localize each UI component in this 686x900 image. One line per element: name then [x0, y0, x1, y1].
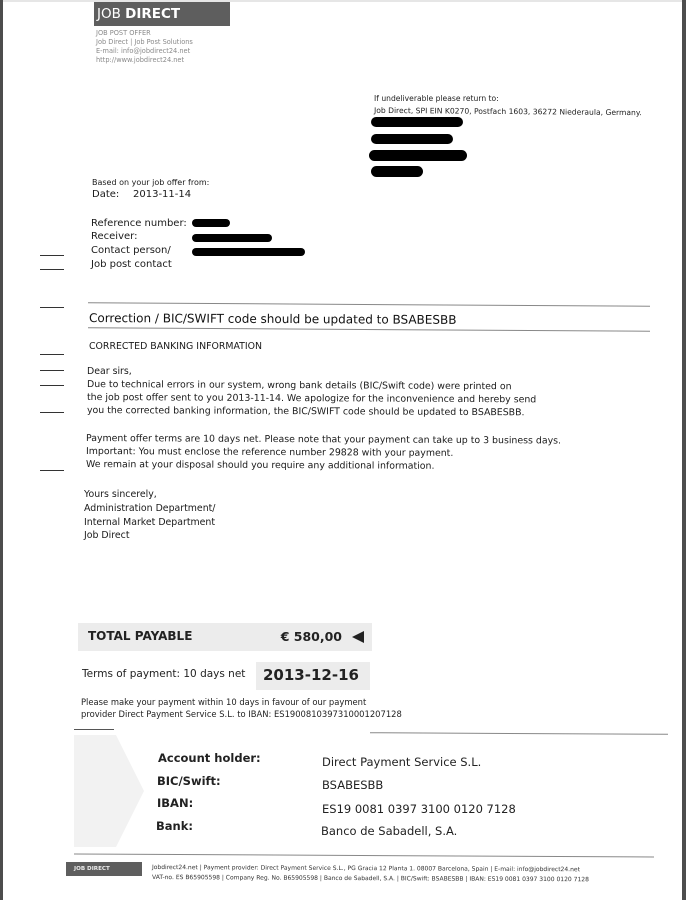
- total-payable-label: TOTAL PAYABLE: [88, 629, 192, 643]
- bank-value: Banco de Sabadell, S.A.: [321, 824, 457, 838]
- account-holder-label: Account holder:: [158, 751, 261, 765]
- margin-mark: [40, 470, 64, 471]
- bank-label: Bank:: [156, 819, 193, 833]
- redacted-block: [371, 117, 463, 127]
- redacted-reference: [192, 219, 230, 227]
- redacted-contact: [192, 248, 305, 256]
- payment-note-line: provider Direct Payment Service S.L. to …: [81, 709, 402, 719]
- margin-mark: [40, 370, 64, 371]
- total-payable-box: TOTAL PAYABLE € 580,00: [78, 623, 372, 651]
- chevron-decoration: [74, 735, 144, 847]
- based-on-label: Based on your job offer from:: [92, 178, 209, 187]
- date-label: Date:: [92, 189, 119, 200]
- body-line: Important: You must enclose the referenc…: [86, 446, 453, 459]
- footer-line-1: Jobdirect24.net | Payment provider: Dire…: [152, 864, 580, 873]
- subject-bottom-rule: [88, 327, 650, 331]
- header-email: E-mail: info@jobdirect24.net: [96, 47, 190, 55]
- margin-mark: [40, 354, 64, 355]
- reference-label: Reference number:: [91, 218, 187, 229]
- margin-mark: [40, 255, 64, 256]
- margin-mark: [40, 412, 64, 413]
- scan-right-edge: [682, 0, 686, 900]
- redacted-receiver: [192, 234, 272, 242]
- subject-top-rule: [88, 302, 650, 306]
- body-line: Due to technical errors in our system, w…: [87, 379, 512, 392]
- margin-mark: [40, 385, 64, 386]
- due-date-box: 2013-12-16: [256, 662, 370, 690]
- closing-line: Job Direct: [84, 530, 130, 541]
- body-line: the job post offer sent to you 2013-11-1…: [87, 392, 536, 405]
- offer-date: 2013-11-14: [133, 189, 191, 200]
- footer-line-2: VAT-no. ES B65905598 | Company Reg. No. …: [152, 874, 589, 883]
- return-address: Job Direct, SPI EIN K0270, Postfach 1603…: [374, 106, 642, 117]
- due-date: 2013-12-16: [263, 666, 359, 684]
- redacted-block: [369, 150, 467, 161]
- company-logo: JOB DIRECT: [94, 2, 230, 26]
- body-line: We remain at your disposal should you re…: [86, 459, 435, 472]
- terms-of-payment: Terms of payment: 10 days net: [82, 668, 245, 680]
- return-label: If undeliverable please return to:: [374, 94, 499, 103]
- total-payable-amount: € 580,00: [281, 629, 342, 644]
- subject-line: Correction / BIC/SWIFT code should be up…: [89, 311, 457, 327]
- section-heading: CORRECTED BANKING INFORMATION: [89, 341, 262, 352]
- left-arrow-icon: [352, 631, 364, 643]
- iban-value: ES19 0081 0397 3100 0120 7128: [322, 802, 516, 816]
- header-line: Job Direct | Job Post Solutions: [96, 38, 193, 46]
- header-line: JOB POST OFFER: [96, 29, 151, 37]
- bank-section-rule-left: [74, 729, 114, 730]
- body-line: you the corrected banking information, t…: [87, 405, 525, 418]
- closing-line: Yours sincerely,: [84, 489, 157, 500]
- account-holder-value: Direct Payment Service S.L.: [322, 755, 481, 769]
- margin-mark: [40, 307, 64, 308]
- logo-light-text: JOB: [97, 6, 125, 22]
- iban-label: IBAN:: [157, 796, 193, 810]
- closing-line: Administration Department/: [84, 503, 215, 514]
- bic-swift-label: BIC/Swift:: [157, 774, 221, 788]
- redacted-block: [371, 134, 453, 144]
- receiver-label: Receiver:: [91, 231, 137, 242]
- contact-label-2: Job post contact: [91, 259, 172, 270]
- header-website: http://www.jobdirect24.net: [96, 56, 184, 64]
- margin-mark: [40, 269, 64, 270]
- closing-line: Internal Market Department: [84, 517, 215, 528]
- redacted-block: [371, 166, 423, 177]
- logo-bold-text: DIRECT: [125, 6, 180, 22]
- bank-section-rule-right: [370, 732, 668, 735]
- payment-note-line: Please make your payment within 10 days …: [81, 697, 366, 707]
- footer-logo: JOB DIRECT: [66, 862, 142, 876]
- scan-left-edge: [0, 0, 3, 900]
- bic-swift-value: BSABESBB: [322, 778, 383, 792]
- salutation: Dear sirs,: [87, 366, 132, 377]
- body-line: Payment offer terms are 10 days net. Ple…: [86, 433, 561, 446]
- footer-rule: [74, 853, 654, 857]
- contact-label: Contact person/: [91, 245, 171, 256]
